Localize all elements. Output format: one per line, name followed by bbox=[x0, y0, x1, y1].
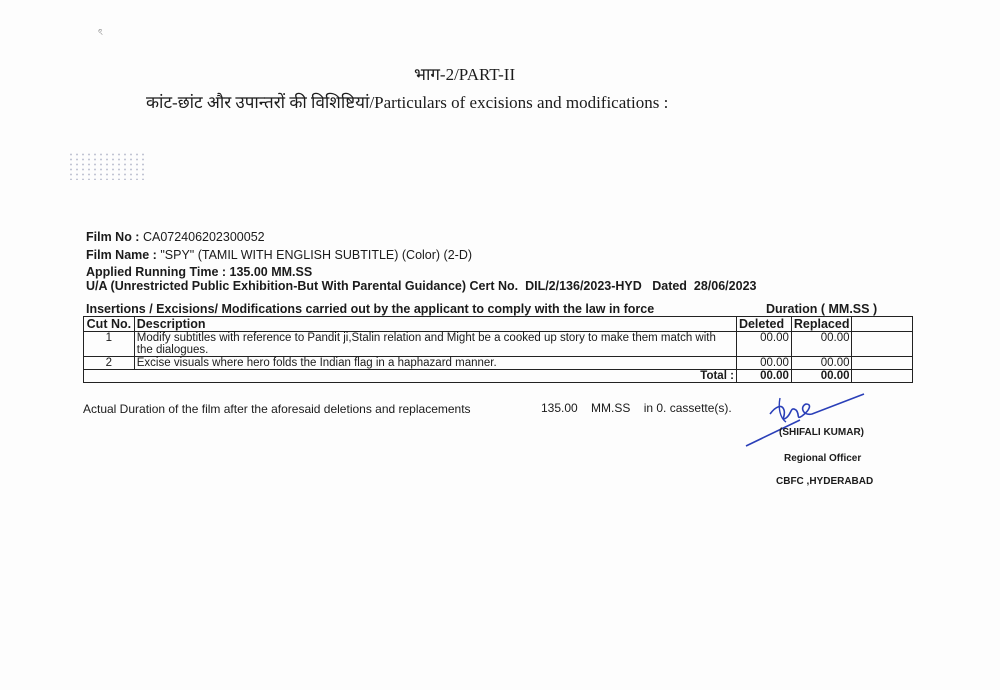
signatory-office: CBFC ,HYDERABAD bbox=[776, 476, 873, 487]
col-replaced: Replaced bbox=[791, 317, 852, 332]
cut-no: 2 bbox=[84, 357, 135, 370]
description: Modify subtitles with reference to Pandi… bbox=[134, 332, 736, 357]
table-row: 1 Modify subtitles with reference to Pan… bbox=[84, 332, 913, 357]
running-time-value: 135.00 MM.SS bbox=[230, 265, 313, 279]
replaced: 00.00 bbox=[791, 357, 852, 370]
signatory-name: (SHIFALI KUMAR) bbox=[779, 427, 864, 438]
insertions-heading: Insertions / Excisions/ Modifications ca… bbox=[86, 302, 654, 316]
deleted: 00.00 bbox=[736, 332, 791, 357]
signatory-title: Regional Officer bbox=[784, 453, 861, 464]
total-row: Total : 00.00 00.00 bbox=[84, 370, 913, 383]
blank-cell bbox=[852, 370, 913, 383]
col-blank bbox=[852, 317, 913, 332]
film-no-value: CA072406202300052 bbox=[143, 230, 265, 244]
table-row: 2 Excise visuals where hero folds the In… bbox=[84, 357, 913, 370]
deleted: 00.00 bbox=[736, 357, 791, 370]
section-subtitle: कांट-छांट और उपान्तरों की विशिष्टियां/Pa… bbox=[146, 90, 668, 113]
film-name-line: Film Name : "SPY" (TAMIL WITH ENGLISH SU… bbox=[86, 248, 472, 262]
replaced: 00.00 bbox=[791, 332, 852, 357]
running-time-label: Applied Running Time : bbox=[86, 265, 226, 279]
description: Excise visuals where hero folds the Indi… bbox=[134, 357, 736, 370]
col-cut-no: Cut No. bbox=[84, 317, 135, 332]
cuts-table: Cut No. Description Deleted Replaced 1 M… bbox=[83, 316, 913, 383]
duration-heading: Duration ( MM.SS ) bbox=[766, 302, 877, 316]
certificate-line: U/A (Unrestricted Public Exhibition-But … bbox=[86, 279, 756, 293]
cert-no: DIL/2/136/2023-HYD bbox=[525, 279, 642, 293]
faded-stamp bbox=[68, 152, 148, 180]
dated-value: 28/06/2023 bbox=[694, 279, 757, 293]
col-description: Description bbox=[134, 317, 736, 332]
certificate-text: U/A (Unrestricted Public Exhibition-But … bbox=[86, 279, 518, 293]
total-label: Total : bbox=[84, 370, 737, 383]
film-name-label: Film Name : bbox=[86, 248, 157, 262]
cut-no: 1 bbox=[84, 332, 135, 357]
film-no-line: Film No : CA072406202300052 bbox=[86, 230, 265, 244]
signature-icon bbox=[740, 388, 870, 448]
running-time-line: Applied Running Time : 135.00 MM.SS bbox=[86, 265, 312, 279]
blank-cell bbox=[852, 357, 913, 370]
col-deleted: Deleted bbox=[736, 317, 791, 332]
actual-duration-value: 135.00 MM.SS in 0. cassette(s). bbox=[541, 401, 732, 415]
total-replaced: 00.00 bbox=[791, 370, 852, 383]
film-no-label: Film No : bbox=[86, 230, 139, 244]
table-header-row: Cut No. Description Deleted Replaced bbox=[84, 317, 913, 332]
blank-cell bbox=[852, 332, 913, 357]
actual-duration-label: Actual Duration of the film after the af… bbox=[83, 402, 471, 416]
film-name-value: "SPY" (TAMIL WITH ENGLISH SUBTITLE) (Col… bbox=[160, 248, 472, 262]
total-deleted: 00.00 bbox=[736, 370, 791, 383]
part-title: भाग-2/PART-II bbox=[414, 62, 515, 85]
dated-label: Dated bbox=[652, 279, 687, 293]
scan-mark: ৎ bbox=[98, 25, 103, 40]
